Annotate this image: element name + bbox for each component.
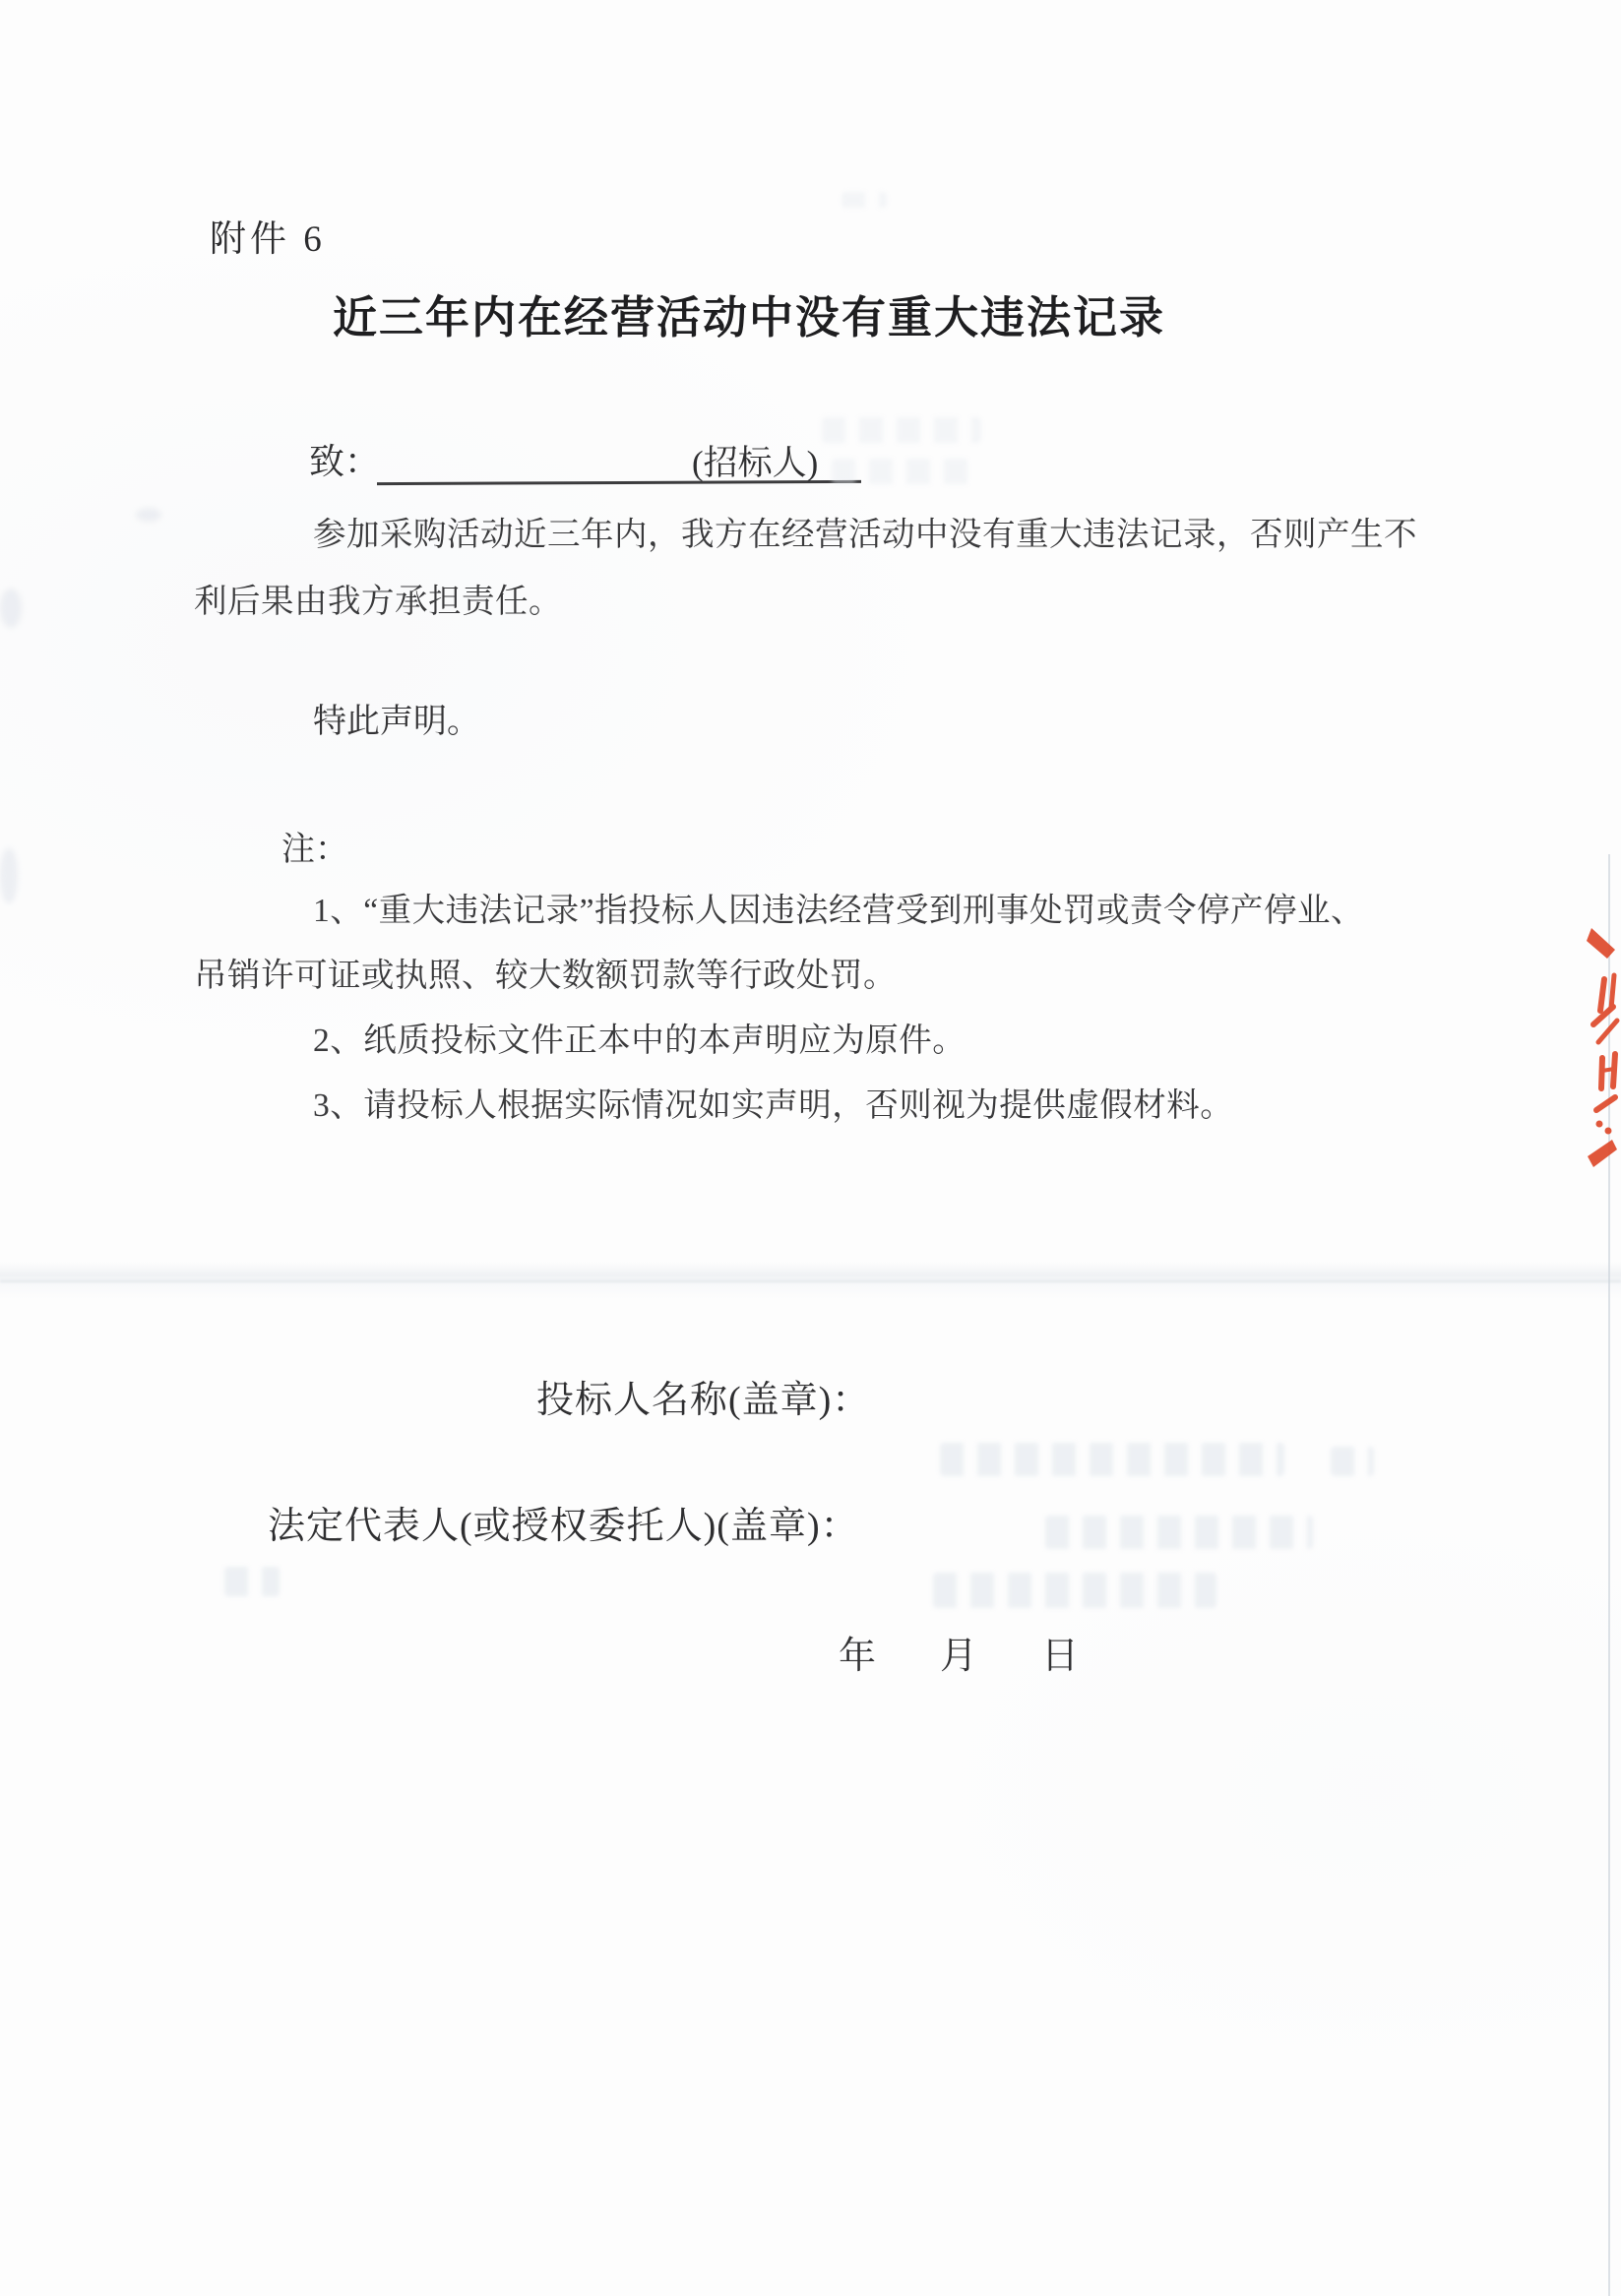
salutation-suffix-tenderer: (招标人) xyxy=(692,436,818,485)
bleed-through-text xyxy=(842,192,887,208)
notes-heading: 注： xyxy=(281,822,348,870)
declaration-paragraph-line-2: 利后果由我方承担责任。 xyxy=(194,574,562,622)
bleed-through-text xyxy=(822,417,981,443)
red-stamp-edge-mark xyxy=(1575,920,1621,1178)
document-title: 近三年内在经营活动中没有重大违法记录 xyxy=(333,281,1165,345)
salutation-prefix: 致： xyxy=(309,434,380,484)
scan-seam-line xyxy=(0,1280,1621,1282)
bleed-through-text xyxy=(933,1573,1216,1608)
scan-smudge xyxy=(136,508,161,522)
note-2: 2、纸质投标文件正本中的本声明应为原件。 xyxy=(313,1013,966,1061)
bidder-name-seal-label: 投标人名称(盖章)： xyxy=(536,1369,870,1423)
note-1-line-1: 1、“重大违法记录”指投标人因违法经营受到刑事处罚或责令停产停业、 xyxy=(313,883,1364,931)
scanned-document-page: 附件 6 近三年内在经营活动中没有重大违法记录 致： (招标人) 参加采购活动近… xyxy=(0,0,1621,2296)
bleed-through-text xyxy=(940,1443,1284,1476)
date-year-label: 年 xyxy=(839,1625,876,1679)
page-edge-shadow xyxy=(1608,854,1610,2296)
declaration-paragraph-line-1: 参加采购活动近三年内，我方在经营活动中没有重大违法记录，否则产生不 xyxy=(313,507,1417,555)
date-day-label: 日 xyxy=(1041,1625,1079,1679)
attachment-label: 附件 6 xyxy=(210,209,326,262)
scan-smudge xyxy=(0,848,18,903)
bleed-through-text xyxy=(224,1567,280,1596)
legal-representative-seal-label: 法定代表人(或授权委托人)(盖章)： xyxy=(268,1495,859,1549)
bleed-through-text xyxy=(1045,1516,1313,1549)
bleed-through-text xyxy=(1331,1447,1374,1476)
hereby-declare-line: 特此声明。 xyxy=(313,694,480,742)
note-3: 3、请投标人根据实际情况如实声明，否则视为提供虚假材料。 xyxy=(313,1078,1233,1126)
date-month-label: 月 xyxy=(940,1625,977,1679)
note-1-line-2: 吊销许可证或执照、较大数额罚款等行政处罚。 xyxy=(194,948,897,996)
scan-smudge xyxy=(0,589,22,628)
